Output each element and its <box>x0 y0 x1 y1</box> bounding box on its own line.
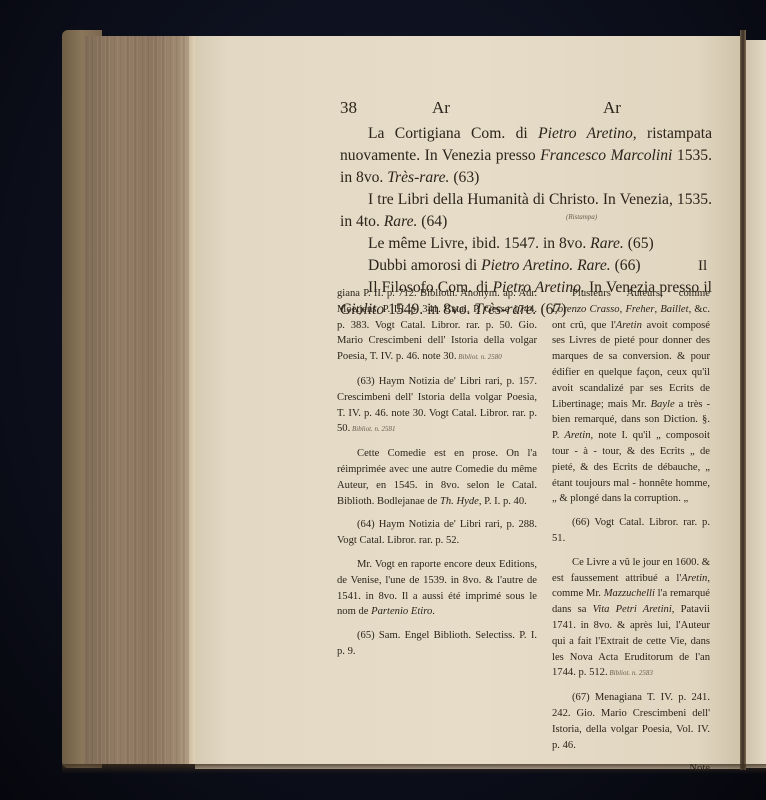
bibliography-entry: I tre Libri della Humanità di Christo. I… <box>340 189 712 233</box>
page-number: 38 <box>340 98 357 118</box>
footnote: (63) Haym Notizia de' Libri rari, p. 157… <box>337 374 537 438</box>
bibliography-entry: Le même Livre, ibid. 1547. in 8vo. Rare.… <box>340 233 712 255</box>
manuscript-annotation: Bibliot. n. 2581 <box>350 425 395 433</box>
bibliography-entry: La Cortigiana Com. di Pietro Aretino, ri… <box>340 123 712 189</box>
footnote: (65) Sam. Engel Biblioth. Selectiss. P. … <box>337 628 537 660</box>
footnote: Plusieurs Auteurs, comme Lorenzo Crasso,… <box>552 286 710 507</box>
footnotes-right-column: Plusieurs Auteurs, comme Lorenzo Crasso,… <box>552 286 710 777</box>
page-header: 38 Ar Ar <box>340 98 712 122</box>
facing-page-edge <box>746 40 766 768</box>
running-head-left: Ar <box>432 98 450 118</box>
footnote: (67) Menagiana T. IV. p. 241. 242. Gio. … <box>552 690 710 753</box>
book-page-edges <box>85 36 195 764</box>
footnote: (64) Haym Notizia de' Libri rari, p. 288… <box>337 517 537 549</box>
footnote: Mr. Vogt en raporte encore deux Editions… <box>337 557 537 620</box>
footnote: Cette Comedie est en prose. On l'a réimp… <box>337 446 537 509</box>
manuscript-annotation: Bibliot. n. 2583 <box>608 669 653 677</box>
footnote: giana P. II. p. 712. Biblioth. Anonym. a… <box>337 286 537 366</box>
catchword: Il <box>698 258 707 275</box>
running-head-right: Ar <box>603 98 621 118</box>
footnote: Ce Livre a vû le jour en 1600. & est fau… <box>552 555 710 682</box>
manuscript-annotation: (Ristampa) <box>566 213 597 221</box>
bibliography-entry: Dubbi amorosi di Pietro Aretino. Rare. (… <box>340 255 712 277</box>
manuscript-annotation: Bibliot. n. 2580 <box>456 353 501 361</box>
footnotes-left-column: giana P. II. p. 712. Biblioth. Anonym. a… <box>337 286 537 668</box>
footnote: (66) Vogt Catal. Libror. rar. p. 51. <box>552 515 710 547</box>
footnote-catchword: Note <box>552 761 710 777</box>
